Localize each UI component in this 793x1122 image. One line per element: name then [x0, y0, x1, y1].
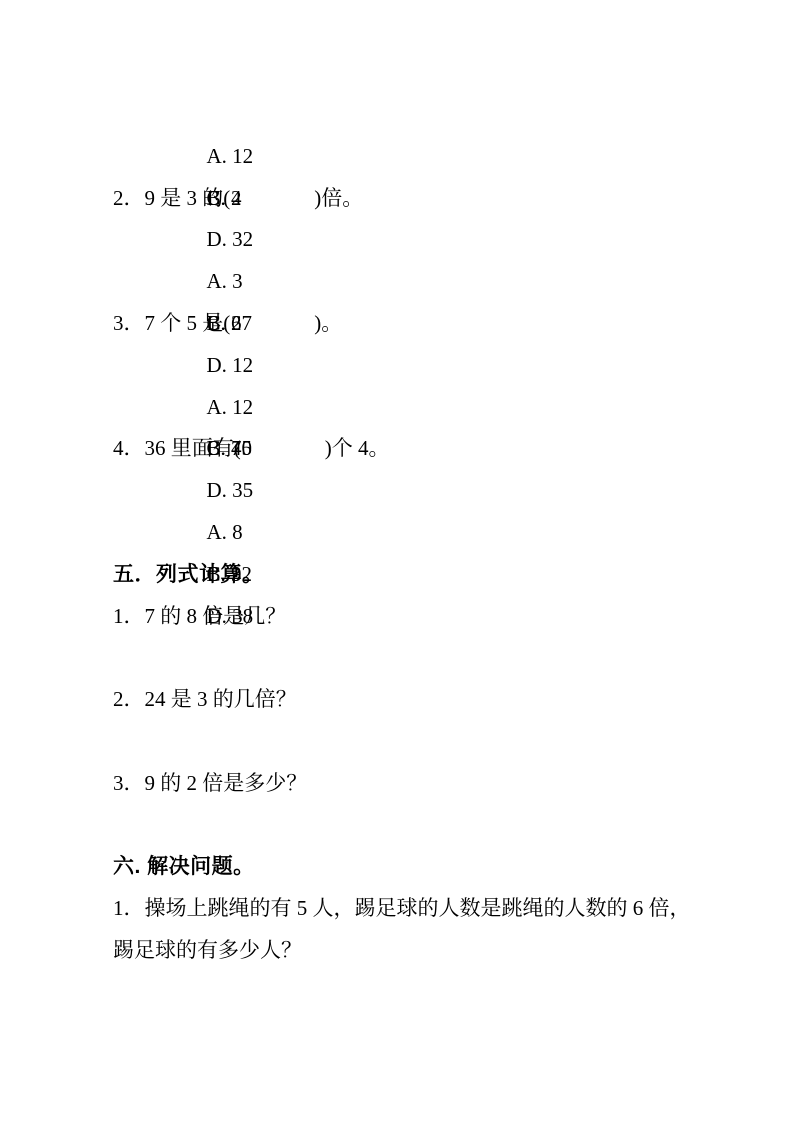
word-problem-line-2: 踢足球的有多少人？: [113, 930, 698, 972]
mc-option-a: A. 12: [207, 136, 505, 178]
worksheet-content: A. 12 B. 4 C. 2 D. 32 2．9 是 3 的( )倍。 A. …: [113, 94, 698, 972]
word-problem-line-1: 1．操场上跳绳的有 5 人，踢足球的人数是跳绳的人数的 6 倍，: [113, 888, 698, 930]
mc-option-a: A. 12: [207, 387, 514, 429]
calc-problem-2: 2．24 是 3 的几倍？: [113, 679, 698, 721]
section-six-title: 六. 解决问题。: [113, 846, 698, 888]
mc-option-a: A. 8: [207, 512, 520, 554]
worksheet-page: A. 12 B. 4 C. 2 D. 32 2．9 是 3 的( )倍。 A. …: [0, 0, 793, 1122]
mc-option-d: D. 35: [207, 478, 254, 502]
mc-question: 4．36 里面有( )个 4。: [113, 428, 698, 470]
answer-space: [113, 721, 698, 763]
calc-problem-1: 1．7 的 8 倍是几？: [113, 596, 698, 638]
calc-problem-3: 3．9 的 2 倍是多少？: [113, 763, 698, 805]
mc-question: 2．9 是 3 的( )倍。: [113, 178, 698, 220]
answer-space: [113, 805, 698, 847]
mc-option-row: A. 12 B. 4: [113, 94, 698, 136]
mc-option-d: D. 32: [207, 227, 254, 251]
mc-option-d: D. 12: [207, 353, 254, 377]
mc-option-a: A. 3: [207, 261, 520, 303]
answer-space: [113, 637, 698, 679]
